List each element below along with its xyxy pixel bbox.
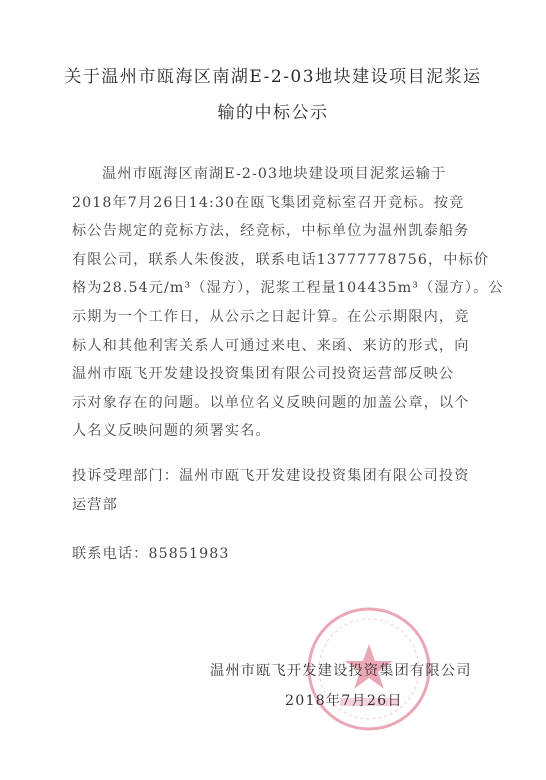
- body-line: 温州市瓯飞开发建设投资集团有限公司投资运营部反映公: [72, 360, 472, 389]
- document-title-line-2: 输的中标公示: [0, 98, 546, 123]
- body-line: 示期为一个工作日，从公示之日起计算。在公示期限内，竞: [72, 303, 472, 332]
- signing-organization: 温州市瓯飞开发建设投资集团有限公司: [210, 660, 470, 680]
- body-line: 标公告规定的竞标方法，经竞标，中标单位为温州凯泰船务: [72, 217, 472, 246]
- document-title-line-1: 关于温州市瓯海区南湖E-2-03地块建设项目泥浆运: [0, 62, 546, 87]
- body-line: 2018年7月26日14:30在瓯飞集团竞标室召开竞标。按竞: [72, 189, 472, 218]
- phone-line: 联系电话：85851983: [72, 540, 472, 569]
- body-line: 示对象存在的问题。以单位名义反映问题的加盖公章，以个: [72, 389, 472, 418]
- complaint-department: 投诉受理部门：温州市瓯飞开发建设投资集团有限公司投资 运营部: [72, 462, 472, 519]
- signing-date: 2018年7月26日: [285, 690, 545, 710]
- contact-phone: 联系电话：85851983: [72, 540, 472, 569]
- announcement-body: 温州市瓯海区南湖E-2-03地块建设项目泥浆运输于 2018年7月26日14:3…: [72, 160, 472, 446]
- complaint-line: 运营部: [72, 491, 472, 520]
- body-line: 温州市瓯海区南湖E-2-03地块建设项目泥浆运输于: [72, 160, 472, 189]
- body-line: 格为28.54元/m³（湿方），泥浆工程量104435m³（湿方）。公: [72, 274, 472, 303]
- complaint-line: 投诉受理部门：温州市瓯飞开发建设投资集团有限公司投资: [72, 462, 472, 491]
- body-line: 有限公司，联系人朱俊波，联系电话13777778756，中标价: [72, 246, 472, 275]
- body-line: 标人和其他利害关系人可通过来电、来函、来访的形式，向: [72, 332, 472, 361]
- body-line: 人名义反映问题的须署实名。: [72, 417, 472, 446]
